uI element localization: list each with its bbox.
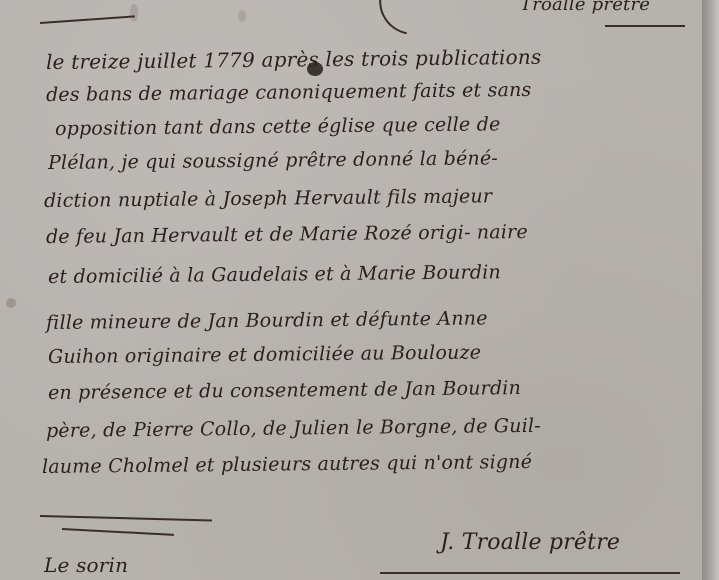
entry-line-6: de feu Jan Hervault et de Marie Rozé ori… (46, 221, 528, 248)
paper-stain (238, 10, 246, 22)
separator-rule-2 (62, 528, 174, 536)
top-left-rule (40, 15, 135, 24)
entry-line-9: Guihon originaire et domiciliée au Boulo… (48, 341, 481, 368)
entry-line-3: opposition tant dans cette église que ce… (55, 113, 501, 140)
header-signature-rule (605, 25, 685, 27)
entry-line-10: en présence et du consentement de Jan Bo… (48, 377, 521, 404)
register-page: Troalle prêtre le treize juillet 1779 ap… (0, 0, 702, 580)
separator-rule-1 (40, 515, 212, 522)
signature-underline (380, 572, 680, 574)
ink-stain (6, 298, 16, 308)
header-signature: Troalle prêtre (520, 0, 650, 15)
entry-line-11: père, de Pierre Collo, de Julien le Borg… (46, 415, 541, 442)
entry-line-2: des bans de mariage canoniquement faits … (46, 79, 532, 106)
entry-line-12: laume Cholmel et plusieurs autres qui n'… (42, 451, 532, 478)
entry-line-1: le treize juillet 1779 après les trois p… (46, 45, 542, 74)
signature-flourish (365, 0, 475, 50)
closing-signature: J. Troalle prêtre (440, 530, 620, 555)
binding-edge (702, 0, 719, 580)
entry-line-4: Plélan, je qui soussigné prêtre donné la… (48, 147, 498, 174)
entry-line-5: diction nuptiale à Joseph Hervault fils … (44, 185, 492, 212)
paper-stain (130, 4, 138, 22)
entry-line-8: fille mineure de Jan Bourdin et défunte … (46, 307, 488, 334)
footer-fragment: Le sorin (44, 553, 128, 577)
entry-line-7: et domicilié à la Gaudelais et à Marie B… (48, 261, 501, 288)
